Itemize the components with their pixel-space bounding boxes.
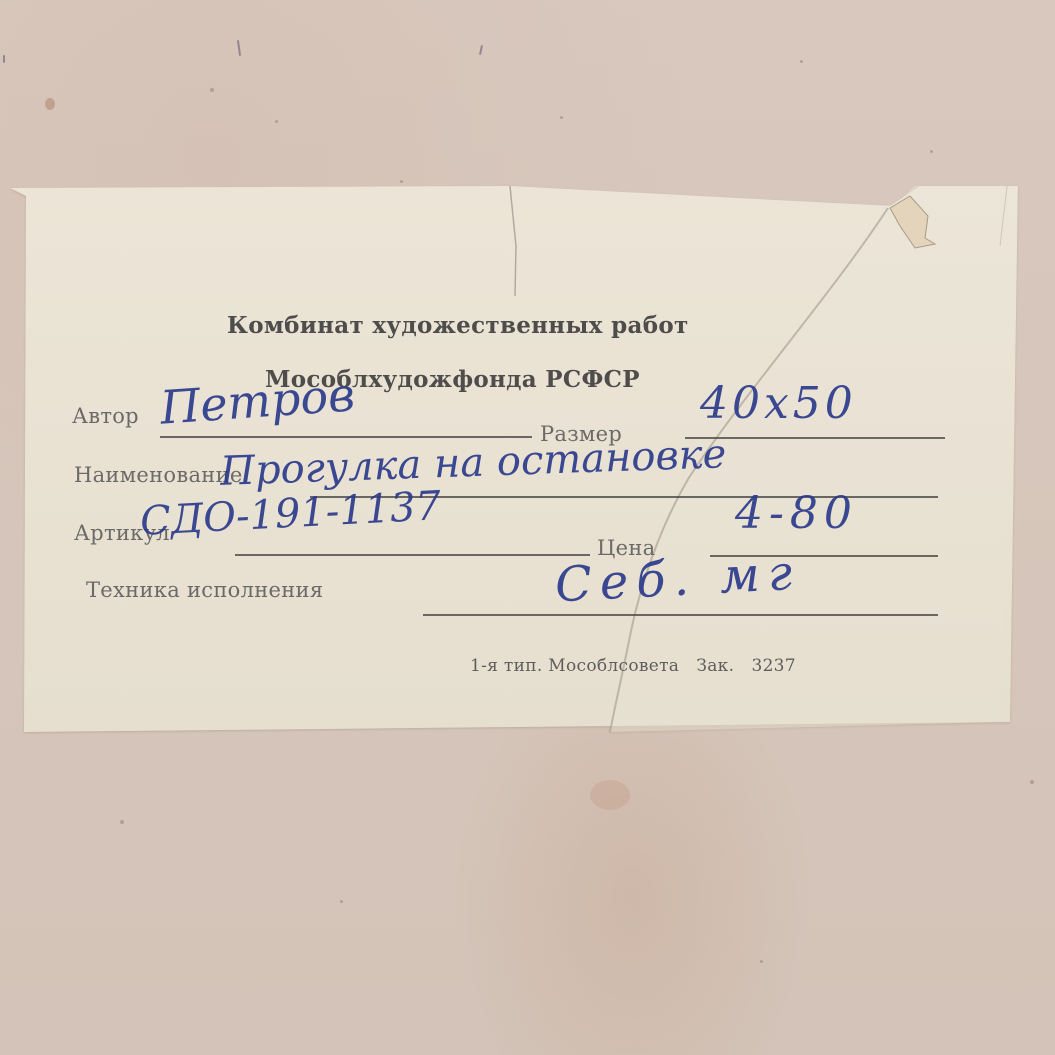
fiber [479, 45, 483, 55]
artwork-label: Комбинат художественных работ Мособлхудо… [10, 186, 1020, 732]
speck [210, 88, 214, 92]
technique-underline [423, 614, 938, 616]
author-underline [160, 436, 532, 438]
speck [560, 116, 563, 119]
speck [760, 960, 763, 963]
printer-imprint: 1-я тип. Мособлсовета Зак. 3237 [470, 656, 796, 676]
size-value: 40х50 [700, 378, 857, 429]
price-value: 4-80 [735, 488, 858, 539]
speck [45, 98, 55, 110]
technique-label: Техника исполнения [86, 578, 323, 602]
header-organization: Комбинат художественных работ [227, 312, 689, 339]
speck [930, 150, 933, 153]
stain [590, 780, 630, 810]
speck [340, 900, 343, 903]
speck [800, 60, 803, 63]
speck [400, 180, 403, 183]
speck [120, 820, 124, 824]
title-label: Наименование [74, 463, 243, 487]
article-underline [235, 554, 590, 556]
printer-name: 1-я тип. Мособлсовета [470, 656, 679, 676]
fiber [237, 40, 241, 56]
order-number: 3237 [751, 656, 795, 676]
fiber [3, 55, 5, 63]
speck [1030, 780, 1034, 784]
speck [275, 120, 278, 123]
author-label: Автор [72, 404, 139, 428]
order-label: Зак. [696, 656, 734, 676]
